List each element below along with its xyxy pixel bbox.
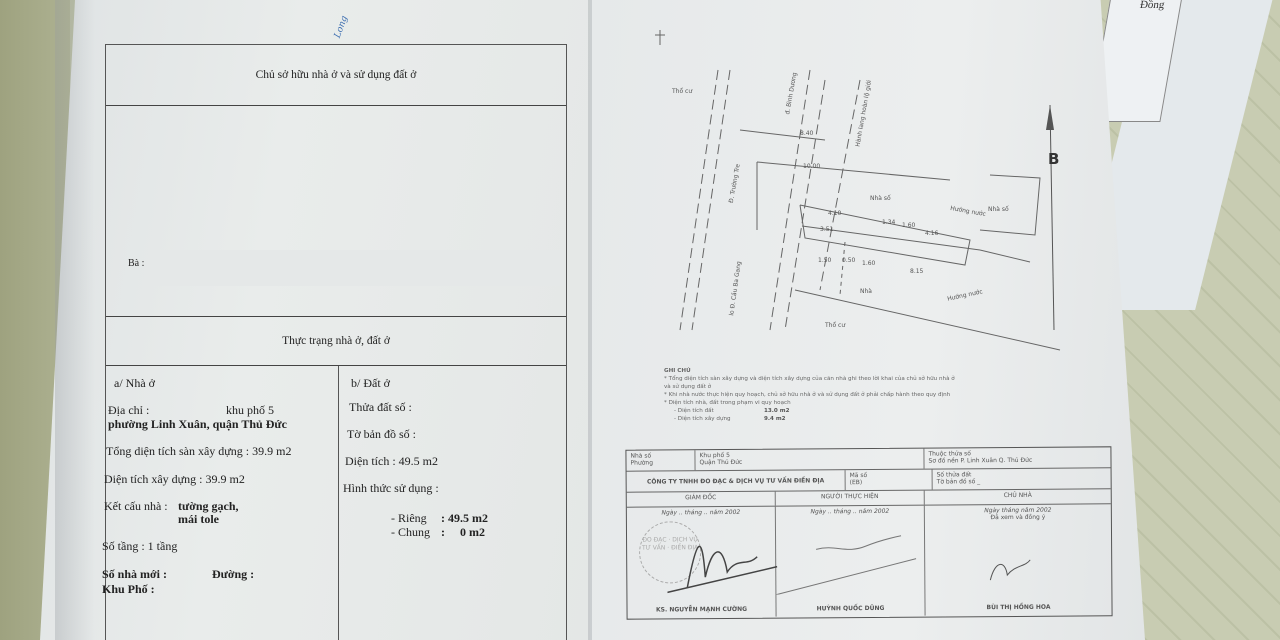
map-label-tho-cu-bottom: Thổ cư bbox=[825, 322, 845, 329]
notes-line-1b: và sử dụng đất ở bbox=[664, 383, 1084, 391]
map-dim-1-34: 1.34 bbox=[882, 219, 895, 226]
map-dim-8-15: 8.15 bbox=[910, 268, 923, 275]
shared-value: : 0 m2 bbox=[441, 525, 485, 540]
owner-section: Bà : bbox=[106, 106, 566, 317]
map-label-tho-cu-top: Thổ cư bbox=[672, 88, 692, 95]
parcel-number: Thửa đất số : bbox=[349, 400, 412, 415]
map-dim-1-60: 1.60 bbox=[902, 222, 915, 229]
address-line2: phường Linh Xuân, quận Thủ Đức bbox=[108, 417, 287, 432]
page-fold bbox=[588, 0, 592, 640]
redacted-owner-name bbox=[154, 250, 564, 286]
map-sheet-number: Tờ bản đồ số : bbox=[347, 427, 416, 442]
address-value: khu phố 5 bbox=[226, 403, 274, 418]
shared-label: - Chung bbox=[391, 525, 430, 540]
land-heading: b/ Đất ở bbox=[351, 376, 390, 391]
house-column: a/ Nhà ở Địa chỉ : khu phố 5 phường Linh… bbox=[106, 366, 339, 640]
street-label: Đường : bbox=[212, 567, 254, 582]
notes-heading: GHI CHÚ bbox=[664, 367, 1084, 375]
background-paper-label: Đồng bbox=[1139, 0, 1166, 11]
notes-build-area-label: - Diện tích xây dựng bbox=[674, 415, 764, 423]
structure-label: Kết cấu nhà : bbox=[104, 499, 168, 514]
notes-land-area-label: - Diện tích đất bbox=[674, 407, 764, 415]
ownership-form: Chủ sở hữu nhà ở và sử dụng đất ở Bà : T… bbox=[105, 44, 567, 640]
north-arrow-label: B bbox=[1048, 150, 1059, 168]
structure-value-roof: mái tole bbox=[178, 512, 219, 527]
notes-build-area-value: 9.4 m2 bbox=[764, 415, 786, 423]
tb-code-value: (EB) bbox=[850, 479, 928, 487]
private-value: : 49.5 m2 bbox=[441, 511, 488, 526]
new-number-label: Số nhà mới : bbox=[102, 567, 167, 582]
built-area: Diện tích xây dựng : 39.9 m2 bbox=[104, 472, 245, 487]
notes-section: GHI CHÚ * Tổng diện tích sàn xây dựng và… bbox=[664, 367, 1084, 423]
tb-ward-label: Phường bbox=[630, 459, 690, 466]
map-dim-1-60-b: 1.60 bbox=[862, 260, 875, 267]
usage-label: Hình thức sử dụng : bbox=[343, 481, 439, 496]
owner-signature bbox=[985, 555, 1035, 585]
notes-line-2: * Khi nhà nước thực hiện quy hoạch, chủ … bbox=[664, 391, 1084, 399]
tb-agreed-text: Đã xem và đồng ý bbox=[929, 513, 1107, 521]
map-dim-0-50: 0.50 bbox=[842, 257, 855, 264]
tb-signer-owner: BÙI THỊ HỒNG HOA bbox=[926, 603, 1112, 611]
site-plan-drawing bbox=[620, 30, 1100, 360]
notes-line-3: * Diện tích nhà, đất trong phạm vi quy h… bbox=[664, 399, 1084, 407]
address-label: Địa chỉ : bbox=[108, 403, 149, 418]
house-heading: a/ Nhà ở bbox=[114, 376, 155, 391]
tb-signer-executor: HUỲNH QUỐC DŨNG bbox=[777, 605, 925, 613]
site-plan: Thổ cư Thổ cư đ. Bình Dương Đ. Trường Tr… bbox=[620, 30, 1100, 360]
paper-shadow bbox=[55, 0, 95, 640]
land-column: b/ Đất ở Thửa đất số : Tờ bản đồ số : Di… bbox=[339, 366, 566, 640]
owner-label: Bà : bbox=[128, 258, 144, 269]
director-signature bbox=[667, 527, 777, 598]
map-house-number-2: Nhà số bbox=[988, 206, 1009, 213]
tb-signer-director: KS. NGUYỄN MẠNH CƯỜNG bbox=[628, 606, 776, 614]
tb-date-executor: Ngày .. tháng .. năm 2002 bbox=[780, 508, 920, 516]
title-block: Nhà sốPhường Khu phố 5Quận Thủ Đức Thuộc… bbox=[625, 446, 1112, 619]
map-dim-4-16: 4.16 bbox=[925, 230, 938, 237]
section-status-title: Thực trạng nhà ở, đất ở bbox=[106, 317, 566, 366]
map-dim-1-50: 1.50 bbox=[818, 257, 831, 264]
tb-district-value: Quận Thủ Đức bbox=[699, 458, 919, 467]
total-floor-area: Tổng diện tích sàn xây dựng : 39.9 m2 bbox=[106, 444, 291, 459]
executor-signature bbox=[776, 524, 916, 595]
map-dim-3-51: 3.51 bbox=[820, 226, 833, 233]
map-dim-4-10: 4.10 bbox=[828, 210, 841, 217]
tb-owner-heading: CHỦ NHÀ bbox=[925, 489, 1111, 504]
map-house-number-1: Nhà số bbox=[870, 195, 891, 202]
map-house-3: Nhà bbox=[860, 288, 872, 295]
map-dim-8-40: 8.40 bbox=[800, 130, 813, 137]
section-owner-title: Chủ sở hữu nhà ở và sử dụng đất ở bbox=[106, 45, 566, 106]
quarter-label: Khu Phố : bbox=[102, 582, 155, 597]
notes-land-area-value: 13.0 m2 bbox=[764, 407, 789, 415]
tb-sheet-label: Tờ bản đồ số _ bbox=[937, 477, 1107, 485]
land-area: Diện tích : 49.5 m2 bbox=[345, 454, 438, 469]
private-label: - Riêng bbox=[391, 511, 427, 526]
tb-director-heading: GIÁM ĐỐC bbox=[627, 492, 776, 507]
tb-executor-heading: NGƯỜI THỰC HIỆN bbox=[776, 491, 925, 506]
tb-base-map: Sơ đồ nền P. Linh Xuân Q. Thủ Đức bbox=[928, 456, 1106, 464]
floor-count: Số tầng : 1 tầng bbox=[102, 539, 177, 554]
map-dim-10-00: 10.00 bbox=[803, 163, 820, 170]
notes-line-1: * Tổng diện tích sàn xây dựng và diện tí… bbox=[664, 375, 1084, 383]
tb-company: CÔNG TY TNHH ĐO ĐẠC & DỊCH VỤ TƯ VẤN ĐIỀ… bbox=[627, 470, 846, 492]
tb-date-director: Ngày .. tháng .. năm 2002 bbox=[631, 509, 771, 517]
